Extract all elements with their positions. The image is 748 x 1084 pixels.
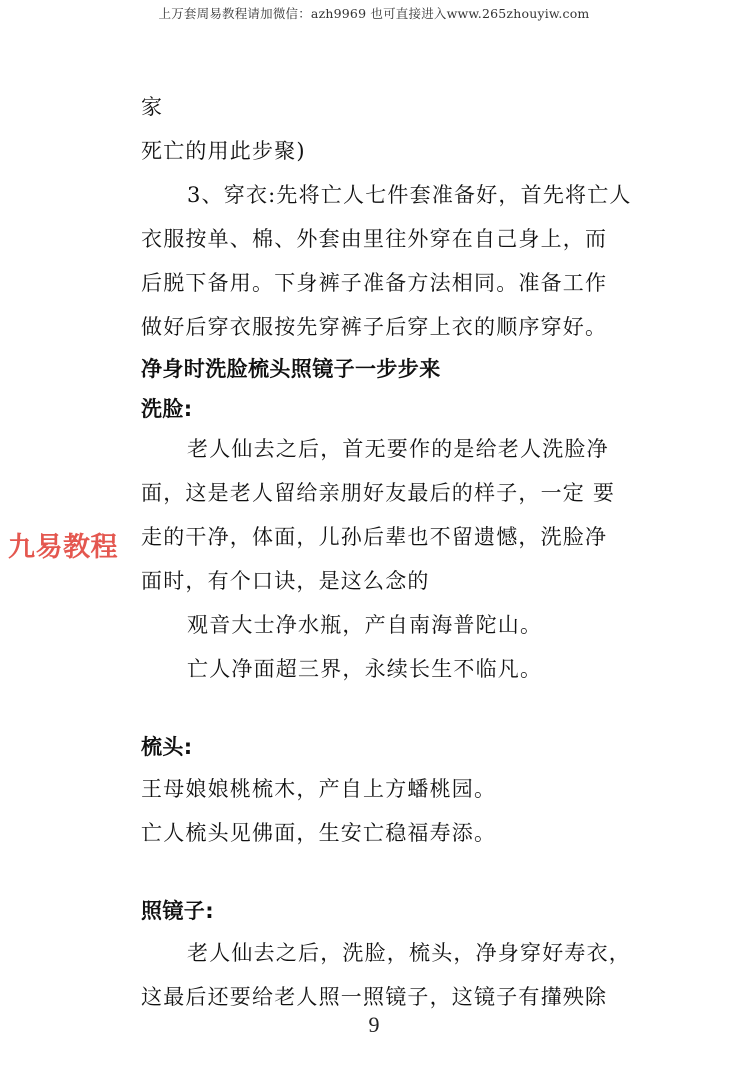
- text-line: 后脱下备用。下身裤子准备方法相同。准备工作: [141, 268, 607, 298]
- text-line: 衣服按单、棉、外套由里往外穿在自己身上，而: [141, 224, 607, 254]
- verse-line: 亡人梳头见佛面，生安亡稳福寿添。: [141, 818, 496, 848]
- text-line: 面，这是老人留给亲朋好友最后的样子，一定 要: [141, 478, 615, 508]
- text-line: 面时，有个口诀，是这么念的: [141, 566, 430, 596]
- text-line: 做好后穿衣服按先穿裤子后穿上衣的顺序穿好。: [141, 312, 607, 342]
- text-line: 老人仙去之后，首无要作的是给老人洗脸净: [187, 434, 609, 464]
- page-number: 9: [0, 1012, 748, 1038]
- text-line: 家: [141, 92, 163, 122]
- text-line: 3、穿衣:先将亡人七件套准备好，首先将亡人: [187, 180, 632, 210]
- verse-line: 亡人净面超三界，永续长生不临凡。: [187, 654, 542, 684]
- text-line: 老人仙去之后，洗脸，梳头，净身穿好寿衣，: [187, 938, 631, 968]
- text-line: 这最后还要给老人照一照镜子，这镜子有攆殃除: [141, 982, 607, 1012]
- section-heading: 净身时洗脸梳头照镜子一步步来: [141, 354, 441, 384]
- verse-line: 王母娘娘桃梳木，产自上方蟠桃园。: [141, 774, 496, 804]
- section-heading: 梳头:: [141, 732, 193, 762]
- section-heading: 照镜子:: [141, 896, 214, 926]
- section-heading: 洗脸:: [141, 394, 193, 424]
- text-line: 死亡的用此步聚): [141, 136, 306, 166]
- header-banner: 上万套周易教程请加微信：azh9969 也可直接进入www.265zhouyiw…: [0, 4, 748, 22]
- text-line: 走的干净，体面，儿孙后辈也不留遗憾，洗脸净: [141, 522, 607, 552]
- watermark-logo: 九易教程: [8, 525, 118, 564]
- verse-line: 观音大士净水瓶，产自南海普陀山。: [187, 610, 542, 640]
